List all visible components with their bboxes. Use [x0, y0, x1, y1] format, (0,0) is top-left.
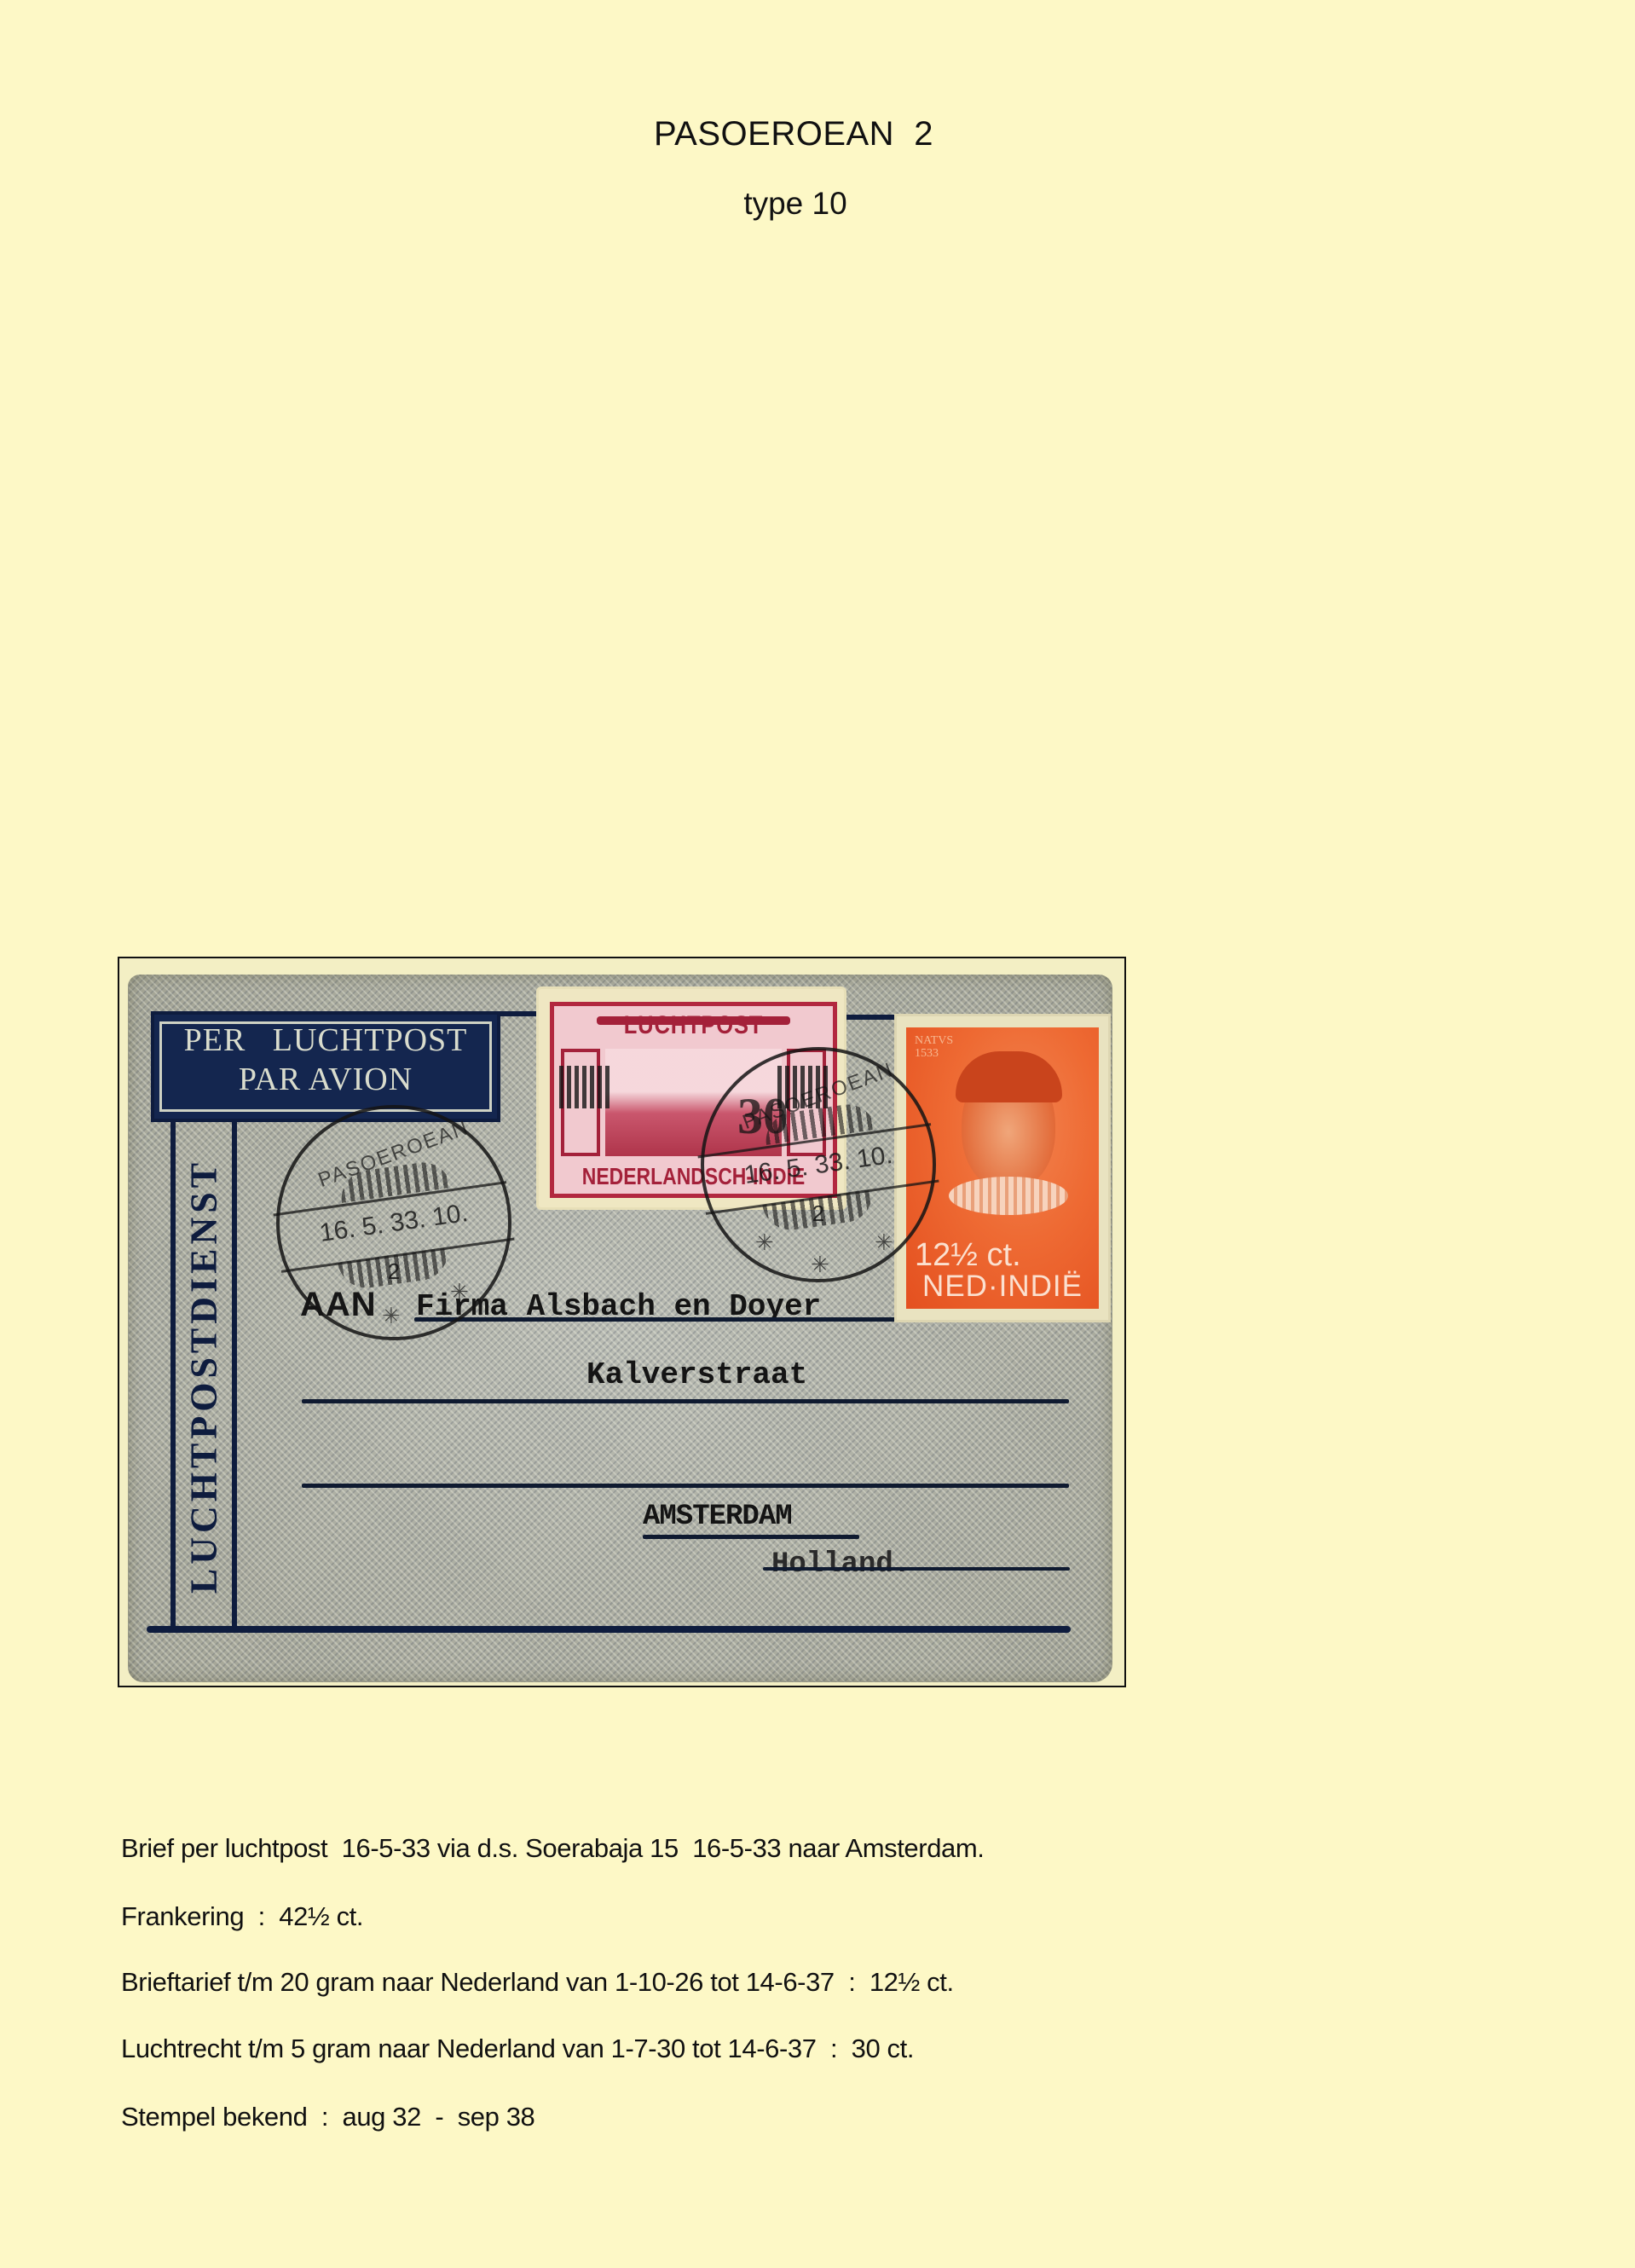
- address-city: AMSTERDAM: [643, 1501, 792, 1533]
- address-line-2: [302, 1399, 1069, 1403]
- page-title: PASOEROEAN 2: [0, 115, 1587, 153]
- postmark-2: PASOEROEAN 16. 5. 33. 10. 2 ✳ ✳ ✳: [701, 1047, 936, 1282]
- star-icon: ✳: [450, 1279, 469, 1305]
- caption-postmark-known: Stempel bekend : aug 32 - sep 38: [121, 2102, 534, 2132]
- address-line-3: [302, 1484, 1069, 1488]
- star-icon: ✳: [382, 1303, 401, 1329]
- label-top-rule: [500, 1011, 541, 1016]
- airmail-stamp-top-text: LUCHTPOST: [575, 1011, 812, 1040]
- caption-air-fee: Luchtrecht t/m 5 gram naar Nederland van…: [121, 2034, 914, 2064]
- star-icon: ✳: [755, 1229, 774, 1256]
- bottom-rule: [147, 1626, 1071, 1633]
- address-street: Kalverstraat: [586, 1357, 807, 1392]
- postmark-number: 2: [704, 1201, 933, 1227]
- side-strip: LUCHTPOSTDIENST: [170, 1122, 237, 1630]
- airmail-label-line2: PAR AVION: [154, 1061, 497, 1098]
- star-icon: ✳: [811, 1252, 829, 1278]
- country-strike-line: [763, 1567, 1070, 1571]
- portrait-ruff: [949, 1177, 1068, 1215]
- side-strip-text: LUCHTPOSTDIENST: [182, 1159, 226, 1594]
- airmail-label-line1: PER LUCHTPOST: [154, 1021, 497, 1059]
- page-subtitle: type 10: [0, 186, 1591, 222]
- caption-letter-rate: Brieftarief t/m 20 gram naar Nederland v…: [121, 1967, 954, 1998]
- portrait-cap: [956, 1051, 1062, 1102]
- star-icon: ✳: [875, 1229, 893, 1256]
- postmark-1: PASOEROEAN 16. 5. 33. 10. 2 ✳ ✳: [276, 1105, 511, 1340]
- caption-franking: Frankering : 42½ ct.: [121, 1901, 363, 1932]
- stamp-country: NED·INDIË: [906, 1270, 1099, 1304]
- caption-description: Brief per luchtpost 16-5-33 via d.s. Soe…: [121, 1833, 985, 1864]
- obliterating-bars-left: [559, 1066, 610, 1108]
- label-top-rule-right: [844, 1015, 904, 1020]
- address-line-1: [414, 1317, 902, 1322]
- address-country: Holland.: [771, 1548, 910, 1581]
- airmail-label: PER LUCHTPOST PAR AVION: [151, 1011, 500, 1122]
- city-underline: [643, 1535, 859, 1539]
- stamp-value: 12½ ct.: [915, 1237, 1021, 1274]
- postmark-number: 2: [280, 1258, 508, 1285]
